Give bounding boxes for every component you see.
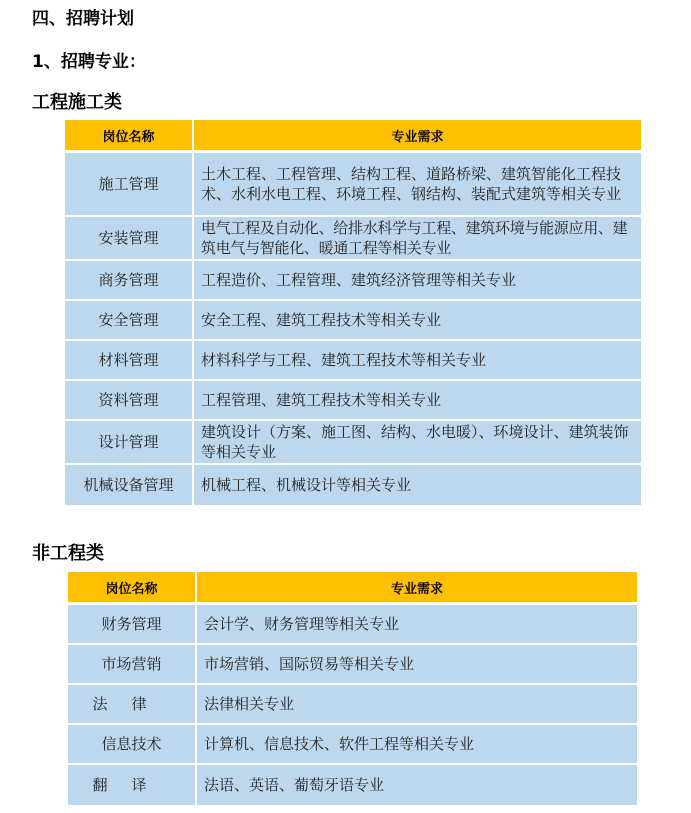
column-header-requirements: 专业需求	[197, 572, 637, 605]
requirements-cell: 电气工程及自动化、给排水科学与工程、建筑环境与能源应用、建筑电气与智能化、暖通工…	[194, 217, 641, 261]
requirements-cell: 会计学、财务管理等相关专业	[197, 605, 637, 645]
table-row: 法律 法律相关专业	[68, 685, 637, 725]
position-cell: 商务管理	[65, 261, 194, 301]
table-row: 商务管理 工程造价、工程管理、建筑经济管理等相关专业	[65, 261, 641, 301]
position-cell: 安全管理	[65, 301, 194, 341]
position-cell: 翻译	[68, 765, 197, 805]
position-cell: 机械设备管理	[65, 465, 194, 505]
table-row: 资料管理 工程管理、建筑工程技术等相关专业	[65, 381, 641, 421]
requirements-cell: 计算机、信息技术、软件工程等相关专业	[197, 725, 637, 765]
subsection-heading: 1、招聘专业：	[32, 47, 146, 72]
requirements-cell: 机械工程、机械设计等相关专业	[194, 465, 641, 505]
table-row: 信息技术 计算机、信息技术、软件工程等相关专业	[68, 725, 637, 765]
position-cell: 市场营销	[68, 645, 197, 685]
requirements-cell: 法律相关专业	[197, 685, 637, 725]
table-row: 安全管理 安全工程、建筑工程技术等相关专业	[65, 301, 641, 341]
requirements-cell: 工程造价、工程管理、建筑经济管理等相关专业	[194, 261, 641, 301]
requirements-cell: 安全工程、建筑工程技术等相关专业	[194, 301, 641, 341]
table-header-row: 岗位名称 专业需求	[65, 120, 641, 153]
requirements-cell: 土木工程、工程管理、结构工程、道路桥梁、建筑智能化工程技术、水利水电工程、环境工…	[194, 153, 641, 217]
section-heading: 四、招聘计划	[32, 4, 134, 29]
requirements-cell: 市场营销、国际贸易等相关专业	[197, 645, 637, 685]
table-row: 机械设备管理 机械工程、机械设计等相关专业	[65, 465, 641, 505]
table-row: 财务管理 会计学、财务管理等相关专业	[68, 605, 637, 645]
category-heading-engineering: 工程施工类	[32, 88, 122, 114]
requirements-cell: 建筑设计（方案、施工图、结构、水电暖）、环境设计、建筑装饰等相关专业	[194, 421, 641, 465]
table-row: 材料管理 材料科学与工程、建筑工程技术等相关专业	[65, 341, 641, 381]
table-row: 施工管理 土木工程、工程管理、结构工程、道路桥梁、建筑智能化工程技术、水利水电工…	[65, 153, 641, 217]
column-header-requirements: 专业需求	[194, 120, 641, 153]
table-row: 安装管理 电气工程及自动化、给排水科学与工程、建筑环境与能源应用、建筑电气与智能…	[65, 217, 641, 261]
position-cell: 法律	[68, 685, 197, 725]
position-cell: 安装管理	[65, 217, 194, 261]
position-cell: 财务管理	[68, 605, 197, 645]
requirements-cell: 法语、英语、葡萄牙语专业	[197, 765, 637, 805]
requirements-cell: 材料科学与工程、建筑工程技术等相关专业	[194, 341, 641, 381]
position-cell: 材料管理	[65, 341, 194, 381]
position-cell: 资料管理	[65, 381, 194, 421]
position-cell: 信息技术	[68, 725, 197, 765]
table-row: 翻译 法语、英语、葡萄牙语专业	[68, 765, 637, 805]
position-cell: 设计管理	[65, 421, 194, 465]
column-header-position: 岗位名称	[68, 572, 197, 605]
column-header-position: 岗位名称	[65, 120, 194, 153]
table-row: 设计管理 建筑设计（方案、施工图、结构、水电暖）、环境设计、建筑装饰等相关专业	[65, 421, 641, 465]
position-cell: 施工管理	[65, 153, 194, 217]
requirements-cell: 工程管理、建筑工程技术等相关专业	[194, 381, 641, 421]
non-engineering-positions-table: 岗位名称 专业需求 财务管理 会计学、财务管理等相关专业 市场营销 市场营销、国…	[68, 572, 637, 805]
table-row: 市场营销 市场营销、国际贸易等相关专业	[68, 645, 637, 685]
table-header-row: 岗位名称 专业需求	[68, 572, 637, 605]
category-heading-non-engineering: 非工程类	[32, 539, 104, 565]
engineering-positions-table: 岗位名称 专业需求 施工管理 土木工程、工程管理、结构工程、道路桥梁、建筑智能化…	[65, 120, 641, 505]
